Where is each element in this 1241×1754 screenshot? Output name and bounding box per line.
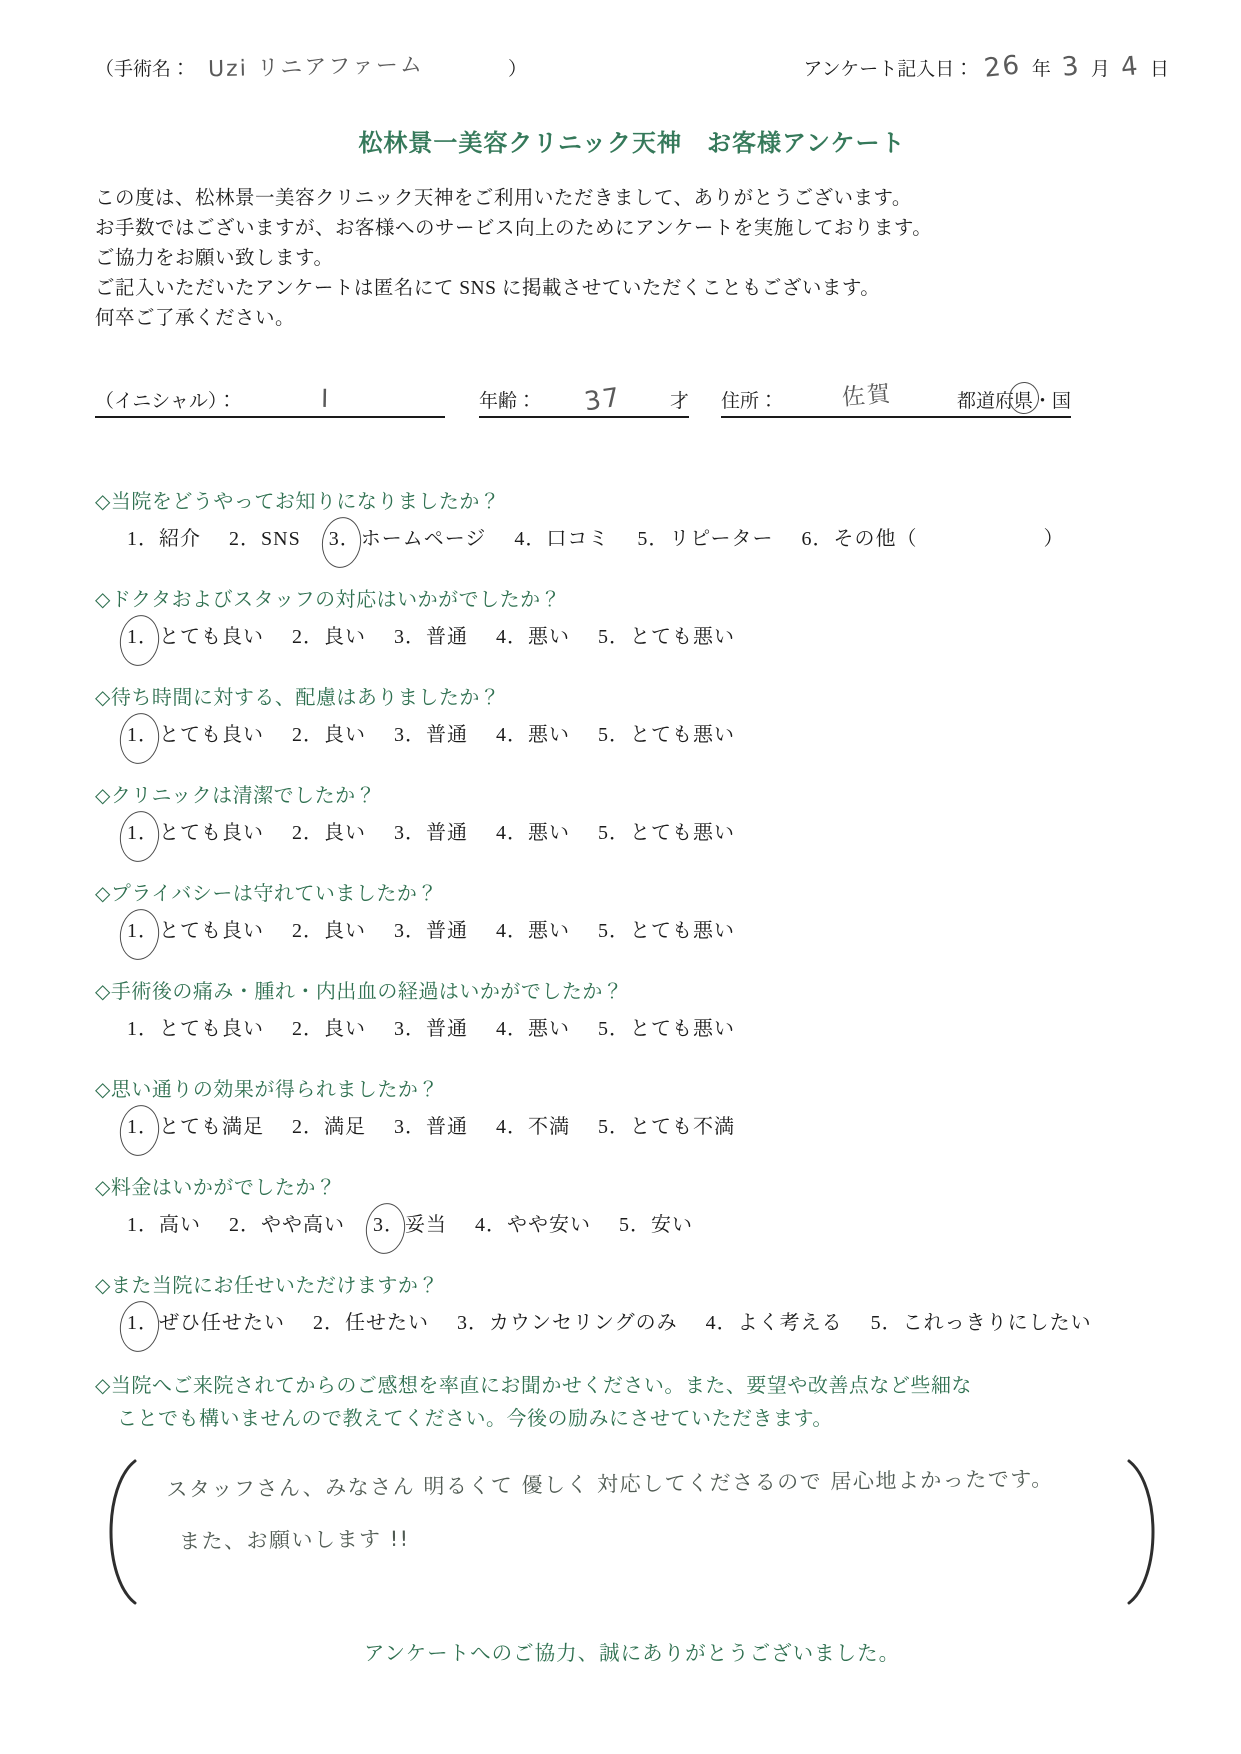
option-label: 良い [324, 822, 366, 844]
option: 4．悪い [496, 721, 570, 749]
initial-field: （イニシャル）： I [95, 384, 445, 418]
free-question-heading: ◇当院へご来院されてからのご感想を率直にお聞かせください。また、要望や改善点など… [95, 1370, 1169, 1436]
option-number: 3． [394, 917, 426, 945]
right-paren-mark [1125, 1456, 1169, 1608]
option-number: 4． [496, 721, 528, 749]
option-label: リピーター [669, 528, 773, 550]
option: 5．とても悪い [598, 623, 735, 651]
option: 2．SNS [229, 525, 301, 553]
option-label: とても満足 [159, 1116, 264, 1138]
option: 1．とても良い [127, 1015, 264, 1043]
option-label: やや高い [261, 1214, 345, 1236]
option-number: 3． [394, 1113, 426, 1141]
option-number: 2． [313, 1309, 345, 1337]
question-options: 1．高い2．やや高い3．妥当4．やや安い5．安い [95, 1211, 1169, 1239]
option-label: とても悪い [630, 920, 735, 942]
selected-option-circle: 3． [329, 525, 361, 553]
option: 3．普通 [394, 1113, 468, 1141]
option-number: 2． [229, 525, 261, 553]
option-label: 悪い [528, 822, 570, 844]
option-number: 2． [292, 623, 324, 651]
option-number: 5． [598, 1113, 630, 1141]
option-label: 悪い [528, 1018, 570, 1040]
option-number: 5． [598, 623, 630, 651]
option-number: 3． [394, 819, 426, 847]
option: 4．悪い [496, 917, 570, 945]
footer-note: アンケートへのご協力、誠にありがとうございました。 [95, 1636, 1169, 1666]
survey-date-label: アンケート記入日： [803, 59, 973, 80]
option-number: 3． [394, 721, 426, 749]
option: 4．悪い [496, 623, 570, 651]
option-label: 良い [324, 1018, 366, 1040]
option-label: とても良い [159, 626, 264, 648]
option-number: 5． [598, 721, 630, 749]
selected-option-circle: 1． [127, 1113, 159, 1141]
option-number: 4． [514, 525, 546, 553]
option: 5．とても悪い [598, 917, 735, 945]
question-block: ◇手術後の痛み・腫れ・内出血の経過はいかがでしたか？ 1．とても良い2．良い3．… [95, 978, 1169, 1043]
surgery-name-label: （手術名： [95, 54, 190, 81]
question-options: 1．紹介2．SNS3．ホームページ4．口コミ5．リピーター6．その他（ ） [95, 525, 1169, 553]
option-label: 悪い [528, 626, 570, 648]
option-label: 安い [651, 1214, 693, 1236]
option-number: 5． [598, 819, 630, 847]
option: 5．とても不満 [598, 1113, 735, 1141]
option-label: 高い [159, 1214, 201, 1236]
option-label: ぜひ任せたい [159, 1312, 285, 1334]
question-options: 1．ぜひ任せたい2．任せたい3．カウンセリングのみ4．よく考える5．これっきりに… [95, 1309, 1169, 1337]
region-prefix: 都道府 [957, 391, 1014, 412]
question-options: 1．とても良い2．良い3．普通4．悪い5．とても悪い [95, 819, 1169, 847]
age-suffix: 才 [670, 386, 689, 413]
option-label: 良い [324, 626, 366, 648]
option: 1．ぜひ任せたい [127, 1309, 285, 1337]
survey-document: （手術名： Uzi リニアファーム ） アンケート記入日： 26 年 3 月 4… [0, 0, 1241, 1754]
option-label: 満足 [324, 1116, 366, 1138]
option-number: 5． [871, 1309, 903, 1337]
page-title: 松林景一美容クリニック天神 お客様アンケート [95, 123, 1169, 158]
option-number: 4． [475, 1211, 507, 1239]
option-number: 4． [496, 917, 528, 945]
question-heading: ◇ドクタおよびスタッフの対応はいかがでしたか？ [95, 586, 1169, 614]
question-heading: ◇当院をどうやってお知りになりましたか？ [95, 488, 1169, 516]
question-options: 1．とても良い2．良い3．普通4．悪い5．とても悪い [95, 917, 1169, 945]
option: 5．とても悪い [598, 819, 735, 847]
option-number: 3． [394, 1015, 426, 1043]
option: 1．とても満足 [127, 1113, 264, 1141]
option: 5．リピーター [637, 525, 773, 553]
option-number: 4． [496, 1015, 528, 1043]
option-number: 2． [292, 917, 324, 945]
option-label: とても悪い [630, 626, 735, 648]
question-block: ◇ドクタおよびスタッフの対応はいかがでしたか？ 1．とても良い2．良い3．普通4… [95, 586, 1169, 651]
option-label: 普通 [426, 724, 468, 746]
question-heading: ◇思い通りの効果が得られましたか？ [95, 1076, 1169, 1104]
surgery-name-value: Uzi リニアファーム [208, 50, 508, 81]
text-line: ◇当院へご来院されてからのご感想を率直にお聞かせください。また、要望や改善点など… [95, 1370, 1169, 1403]
option-label: 普通 [426, 822, 468, 844]
initial-label: （イニシャル）： [95, 386, 236, 413]
option-label: 任せたい [345, 1312, 429, 1334]
option: 1．紹介 [127, 525, 201, 553]
region-label: 都道府県・国 [957, 386, 1071, 413]
question-options: 1．とても満足2．満足3．普通4．不満5．とても不満 [95, 1113, 1169, 1141]
option: 3．普通 [394, 1015, 468, 1043]
option-label: とても悪い [630, 1018, 735, 1040]
age-label: 年齢： [479, 386, 536, 413]
option-number: 4． [496, 1113, 528, 1141]
option-number: 5． [619, 1211, 651, 1239]
option: 5．これっきりにしたい [871, 1309, 1092, 1337]
option-label: 悪い [528, 724, 570, 746]
option-number: 3． [394, 623, 426, 651]
option-label: よく考える [738, 1312, 843, 1334]
circled-prefecture-mark: 県 [1014, 386, 1033, 413]
option: 1．とても良い [127, 917, 264, 945]
question-options: 1．とても良い2．良い3．普通4．悪い5．とても悪い [95, 623, 1169, 651]
question-block: ◇当院をどうやってお知りになりましたか？ 1．紹介2．SNS3．ホームページ4．… [95, 488, 1169, 553]
address-field: 住所： 佐賀 都道府県・国 [721, 380, 1071, 418]
option: 3．妥当 [373, 1211, 447, 1239]
handwritten-year: 26 [983, 56, 1022, 78]
option-label: とても良い [159, 1018, 264, 1040]
text-line: スタッフさん、みなさん 明るくて 優しく 対応してくださるので 居心地よかったで… [166, 1462, 1110, 1504]
option: 1．とても良い [127, 819, 264, 847]
option-number: 4． [706, 1309, 738, 1337]
option-number: 2． [229, 1211, 261, 1239]
handwritten-month: 3 [1061, 57, 1081, 77]
question-heading: ◇待ち時間に対する、配慮はありましたか？ [95, 684, 1169, 712]
option-number: 1． [127, 1211, 159, 1239]
handwritten-surgery-name: Uzi リニアファーム [208, 48, 424, 84]
handwritten-initial: I [321, 384, 331, 413]
option: 3．普通 [394, 721, 468, 749]
option: 2．良い [292, 917, 366, 945]
selected-option-circle: 1． [127, 819, 159, 847]
option: 2．任せたい [313, 1309, 429, 1337]
option-label: 普通 [426, 920, 468, 942]
month-suffix: 月 [1091, 59, 1110, 80]
option: 5．とても悪い [598, 1015, 735, 1043]
option-label: 妥当 [405, 1214, 447, 1236]
handwritten-age: 37 [583, 383, 624, 418]
option: 3．普通 [394, 917, 468, 945]
age-field: 年齢： 37 才 [479, 383, 689, 418]
option: 5．とても悪い [598, 721, 735, 749]
option: 1．とても良い [127, 721, 264, 749]
option-number: 2． [292, 721, 324, 749]
option-number: 2． [292, 819, 324, 847]
question-block: ◇待ち時間に対する、配慮はありましたか？ 1．とても良い2．良い3．普通4．悪い… [95, 684, 1169, 749]
option-label: カウンセリングのみ [489, 1312, 678, 1334]
option-number: 4． [496, 623, 528, 651]
option-number: 5． [637, 525, 669, 553]
option-label: 良い [324, 724, 366, 746]
questions: ◇当院をどうやってお知りになりましたか？ 1．紹介2．SNS3．ホームページ4．… [95, 488, 1169, 1337]
text-line: ことでも構いませんので教えてください。今後の励みにさせていただきます。 [95, 1403, 1169, 1436]
option-label: ホームページ [361, 528, 487, 550]
question-heading: ◇また当院にお任せいただけますか？ [95, 1272, 1169, 1300]
option: 3．ホームページ [329, 525, 487, 553]
option-number: 5． [598, 917, 630, 945]
option-number: 1． [127, 525, 159, 553]
question-heading: ◇プライバシーは守れていましたか？ [95, 880, 1169, 908]
question-heading: ◇手術後の痛み・腫れ・内出血の経過はいかがでしたか？ [95, 978, 1169, 1006]
survey-date-field: アンケート記入日： 26 年 3 月 4 日 [803, 54, 1169, 81]
selected-option-circle: 1． [127, 721, 159, 749]
selected-option-circle: 1． [127, 1309, 159, 1337]
option-number: 6． [802, 525, 834, 553]
text-line: 何卒ご了承ください。 [95, 304, 1169, 334]
option-label: 不満 [528, 1116, 570, 1138]
option-label: やや安い [507, 1214, 591, 1236]
year-suffix: 年 [1032, 59, 1051, 80]
option: 3．カウンセリングのみ [457, 1309, 678, 1337]
option-label: 普通 [426, 626, 468, 648]
question-block: ◇クリニックは清潔でしたか？ 1．とても良い2．良い3．普通4．悪い5．とても悪… [95, 782, 1169, 847]
option: 6．その他（ ） [802, 525, 1065, 553]
text-line: また、お願いします !! [167, 1514, 1111, 1556]
option: 4．やや安い [475, 1211, 591, 1239]
question-options: 1．とても良い2．良い3．普通4．悪い5．とても悪い [95, 1015, 1169, 1043]
option: 2．良い [292, 623, 366, 651]
address-label: 住所： [721, 386, 778, 413]
option-label: 悪い [528, 920, 570, 942]
option-label: 普通 [426, 1018, 468, 1040]
question-block: ◇プライバシーは守れていましたか？ 1．とても良い2．良い3．普通4．悪い5．と… [95, 880, 1169, 945]
question-options: 1．とても良い2．良い3．普通4．悪い5．とても悪い [95, 721, 1169, 749]
option-label: とても悪い [630, 724, 735, 746]
left-paren-mark [95, 1456, 139, 1608]
option-label: 口コミ [546, 528, 609, 550]
surgery-name-close-paren: ） [508, 54, 527, 81]
option-label: 良い [324, 920, 366, 942]
option: 4．よく考える [706, 1309, 843, 1337]
option-number: 1． [127, 1015, 159, 1043]
option-label: 普通 [426, 1116, 468, 1138]
selected-option-circle: 1． [127, 623, 159, 651]
text-line: ご協力をお願い致します。 [95, 244, 1169, 274]
question-heading: ◇クリニックは清潔でしたか？ [95, 782, 1169, 810]
option-label: とても悪い [630, 822, 735, 844]
option-number: 4． [496, 819, 528, 847]
comment-box: スタッフさん、みなさん 明るくて 優しく 対応してくださるので 居心地よかったで… [95, 1456, 1169, 1608]
option: 4．口コミ [514, 525, 609, 553]
option: 4．悪い [496, 819, 570, 847]
option-label: とても良い [159, 724, 264, 746]
day-suffix: 日 [1150, 59, 1169, 80]
option: 2．良い [292, 1015, 366, 1043]
option-number: 5． [598, 1015, 630, 1043]
option: 2．満足 [292, 1113, 366, 1141]
surgery-name-field: （手術名： Uzi リニアファーム ） [95, 50, 527, 81]
header-row: （手術名： Uzi リニアファーム ） アンケート記入日： 26 年 3 月 4… [95, 50, 1169, 81]
option-number: 3． [457, 1309, 489, 1337]
handwritten-comment: スタッフさん、みなさん 明るくて 優しく 対応してくださるので 居心地よかったで… [138, 1450, 1126, 1614]
option-label: その他（ ） [834, 528, 1065, 550]
option-label: これっきりにしたい [903, 1312, 1092, 1334]
handwritten-address: 佐賀 [841, 375, 894, 412]
option: 4．不満 [496, 1113, 570, 1141]
option-label: とても良い [159, 822, 264, 844]
option: 5．安い [619, 1211, 693, 1239]
option: 3．普通 [394, 623, 468, 651]
question-block: ◇また当院にお任せいただけますか？ 1．ぜひ任せたい2．任せたい3．カウンセリン… [95, 1272, 1169, 1337]
option-number: 2． [292, 1113, 324, 1141]
option-number: 2． [292, 1015, 324, 1043]
option: 2．やや高い [229, 1211, 345, 1239]
question-heading: ◇料金はいかがでしたか？ [95, 1174, 1169, 1202]
option-label: 紹介 [159, 528, 201, 550]
option: 3．普通 [394, 819, 468, 847]
question-block: ◇思い通りの効果が得られましたか？ 1．とても満足2．満足3．普通4．不満5．と… [95, 1076, 1169, 1141]
option: 1．とても良い [127, 623, 264, 651]
selected-option-circle: 1． [127, 917, 159, 945]
profile-row: （イニシャル）： I 年齢： 37 才 住所： 佐賀 都道府県・国 [95, 380, 1169, 418]
option-label: とても良い [159, 920, 264, 942]
option: 2．良い [292, 721, 366, 749]
handwritten-day: 4 [1120, 57, 1140, 77]
text-line: この度は、松林景一美容クリニック天神をご利用いただきまして、ありがとうございます… [95, 184, 1169, 214]
option: 1．高い [127, 1211, 201, 1239]
option: 2．良い [292, 819, 366, 847]
option: 4．悪い [496, 1015, 570, 1043]
text-line: お手数ではございますが、お客様へのサービス向上のためにアンケートを実施しておりま… [95, 214, 1169, 244]
text-line: ご記入いただいたアンケートは匿名にて SNS に掲載させていただくこともございま… [95, 274, 1169, 304]
question-block: ◇料金はいかがでしたか？ 1．高い2．やや高い3．妥当4．やや安い5．安い [95, 1174, 1169, 1239]
intro-paragraph: この度は、松林景一美容クリニック天神をご利用いただきまして、ありがとうございます… [95, 184, 1169, 334]
selected-option-circle: 3． [373, 1211, 405, 1239]
option-label: SNS [261, 528, 301, 550]
option-label: とても不満 [630, 1116, 735, 1138]
